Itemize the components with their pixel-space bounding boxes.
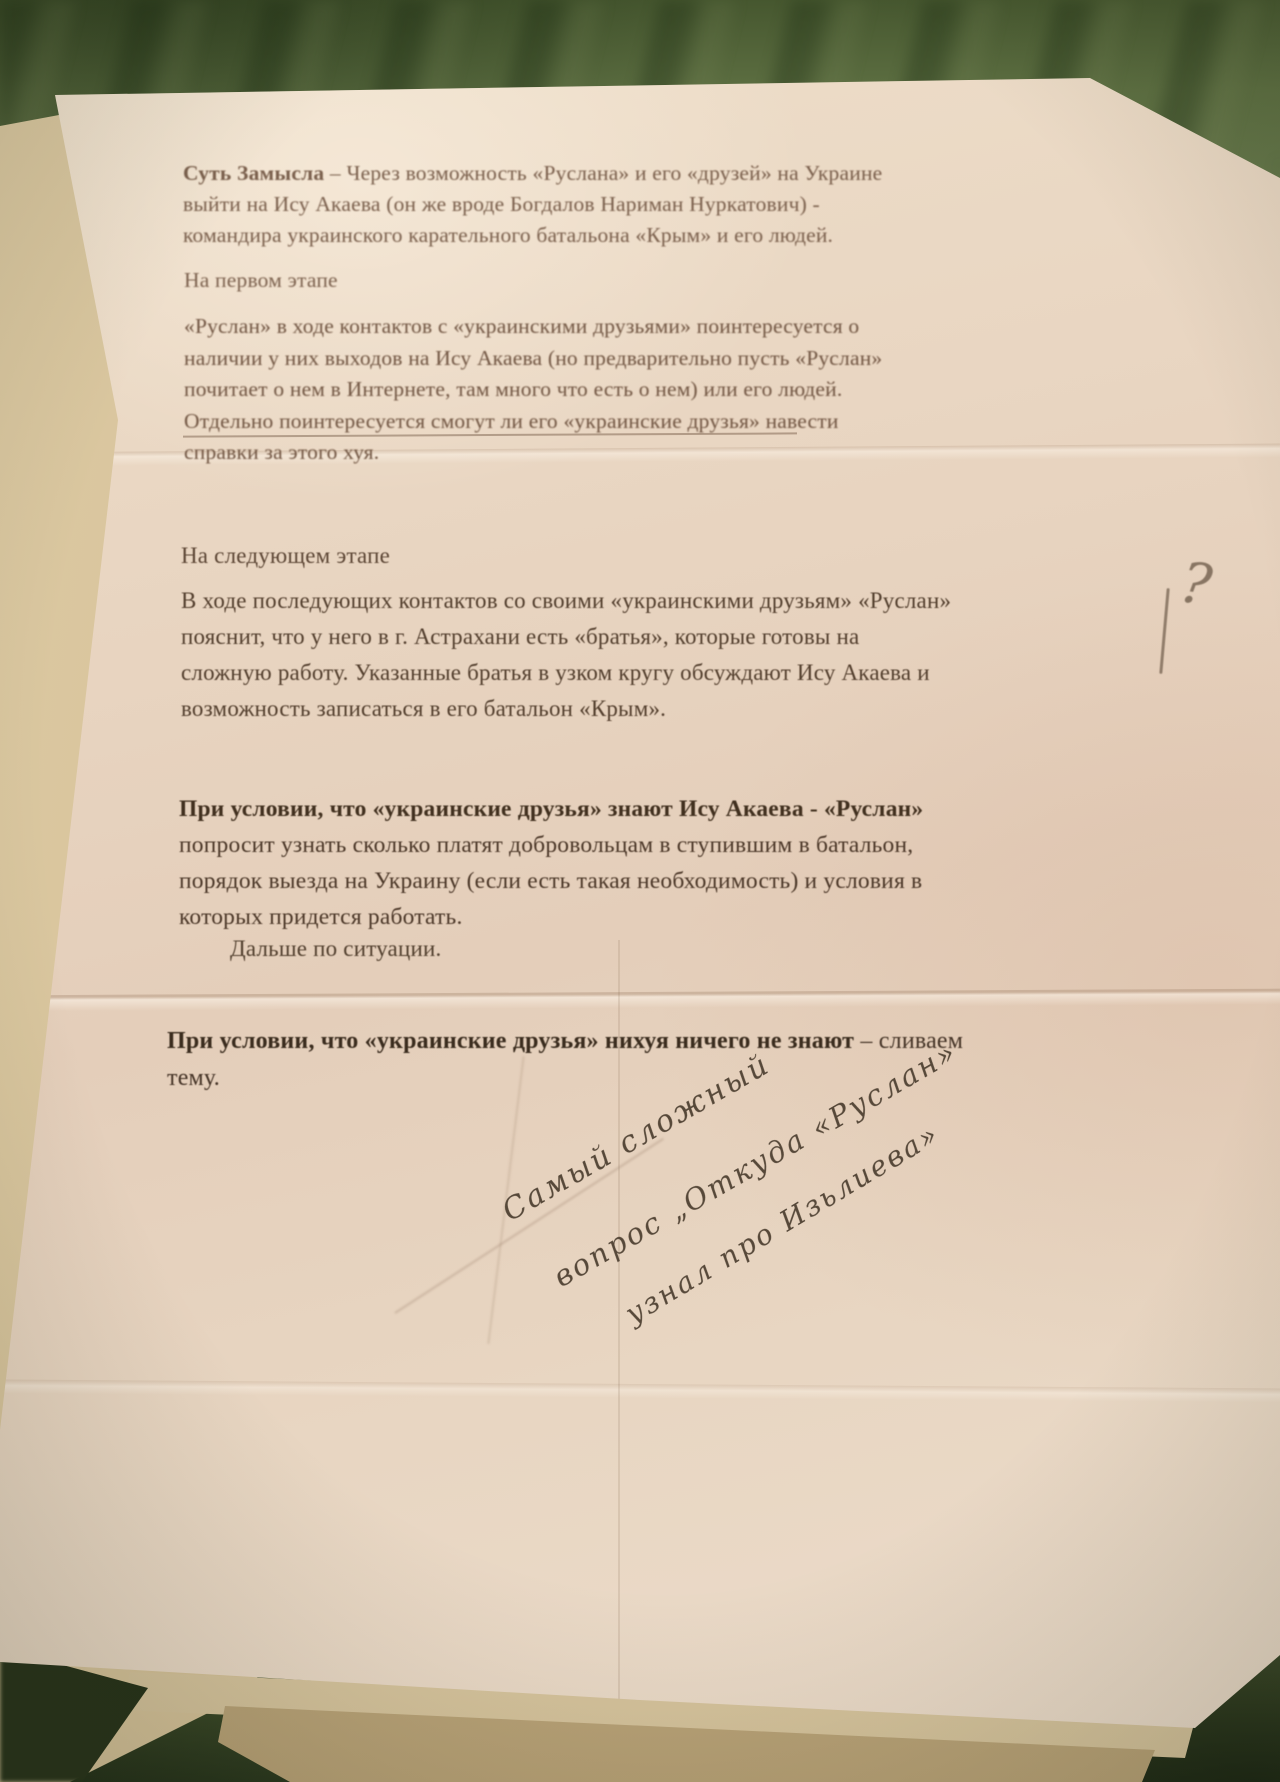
- heading-first-stage: На первом этапе: [184, 265, 338, 296]
- handwritten-margin-stroke: [1159, 588, 1169, 674]
- paragraph-next-stage: В ходе последующих контактов со своими «…: [181, 583, 951, 727]
- handwritten-question-mark: ?: [1176, 550, 1216, 619]
- paragraph-further: Дальше по ситуации.: [230, 931, 441, 967]
- photo-of-document: Суть Замысла – Через возможность «Руслан…: [0, 0, 1280, 1782]
- paragraph-condition-know: При условии, что «украинские друзья» зна…: [179, 791, 923, 935]
- paragraph-lead: При условии, что «украинские друзья» зна…: [179, 796, 923, 822]
- paragraph-condition-dont-know: При условии, что «украинские друзья» них…: [167, 1023, 963, 1097]
- paragraph-first-stage: «Руслан» в ходе контактов с «украинскими…: [184, 311, 882, 469]
- paragraph-intent: Суть Замысла – Через возможность «Руслан…: [183, 158, 882, 251]
- paragraph-lead: Суть Замысла: [183, 161, 324, 185]
- paper-fold: [0, 1380, 1280, 1403]
- document-sheet: Суть Замысла – Через возможность «Руслан…: [0, 0, 1280, 1782]
- paper-fold: [0, 989, 1280, 1012]
- heading-next-stage: На следующем этапе: [181, 538, 390, 574]
